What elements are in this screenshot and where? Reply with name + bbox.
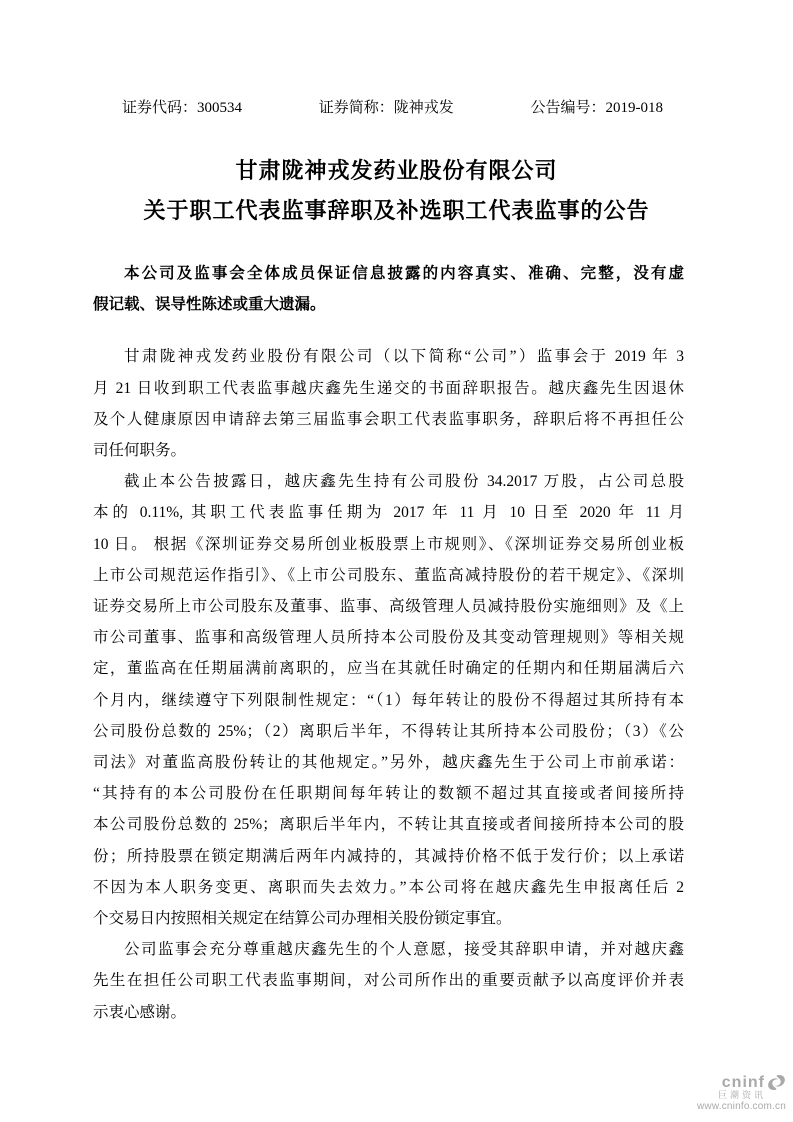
paragraph-line: 司任何职务。	[93, 435, 684, 466]
stock-code: 证券代码：300534	[122, 99, 242, 118]
document-body: 本公司及监事会全体成员保证信息披露的内容真实、准确、完整，没有虚 假记载、误导性…	[93, 258, 684, 1028]
paragraph-line: 证券交易所上市公司股东及董事、监事、高级管理人员减持股份实施细则》及《上	[93, 591, 684, 622]
paragraph-line: 本公司股份总数的 25%；离职后半年内，不转让其直接或者间接所持本公司的股	[93, 809, 684, 840]
cninfo-watermark: cninf 巨潮资讯 www.cninfo.com.cn	[658, 1074, 788, 1112]
paragraph-line: 月 21 日收到职工代表监事越庆鑫先生递交的书面辞职报告。越庆鑫先生因退休	[93, 373, 684, 404]
statement-line: 本公司及监事会全体成员保证信息披露的内容真实、准确、完整，没有虚	[93, 258, 684, 289]
paragraph-line: 定，董监高在任期届满前离职的，应当在其就任时确定的任期内和任期届满后六	[93, 653, 684, 684]
paragraph-line: 示衷心感谢。	[93, 997, 684, 1028]
paragraph-line: 个月内，继续遵守下列限制性规定：“（1）每年转让的股份不得超过其所持有本	[93, 685, 684, 716]
paragraph-line: 先生在担任公司职工代表监事期间，对公司所作出的重要贡献予以高度评价并表	[93, 965, 684, 996]
truthfulness-statement: 本公司及监事会全体成员保证信息披露的内容真实、准确、完整，没有虚 假记载、误导性…	[93, 258, 684, 320]
cninfo-brand-chinese: 巨潮资讯	[658, 1091, 788, 1101]
paragraph-line: 甘肃陇神戎发药业股份有限公司（以下简称“公司”）监事会于 2019 年 3	[93, 341, 684, 372]
paragraph-resignation: 甘肃陇神戎发药业股份有限公司（以下简称“公司”）监事会于 2019 年 3 月 …	[93, 341, 684, 466]
paragraph-line: 10 日。 根据《深圳证券交易所创业板股票上市规则》、《深圳证券交易所创业板	[93, 529, 684, 560]
paragraph-line: 不因为本人职务变更、离职而失去效力。”本公司将在越庆鑫先生申报离任后 2	[93, 872, 684, 903]
document-header: 证券代码：300534 证券简称：陇神戎发 公告编号：2019-018	[122, 99, 663, 118]
paragraph-line: “其持有的本公司股份在任职期间每年转让的数额不超过其直接或者间接所持	[93, 778, 684, 809]
paragraph-line: 及个人健康原因申请辞去第三届监事会职工代表监事职务，辞职后将不再担任公	[93, 404, 684, 435]
title-line-company: 甘肃陇神戎发药业股份有限公司	[0, 151, 793, 191]
paragraph-gratitude: 公司监事会充分尊重越庆鑫先生的个人意愿，接受其辞职申请，并对越庆鑫 先生在担任公…	[93, 934, 684, 1028]
paragraph-line: 司法》对董监高股份转让的其他规定。”另外，越庆鑫先生于公司上市前承诺：	[93, 747, 684, 778]
paragraph-line: 公司监事会充分尊重越庆鑫先生的个人意愿，接受其辞职申请，并对越庆鑫	[93, 934, 684, 965]
paragraph-line: 个交易日内按照相关规定在结算公司办理相关股份锁定事宜。	[93, 903, 684, 934]
announcement-page: 证券代码：300534 证券简称：陇神戎发 公告编号：2019-018 甘肃陇神…	[0, 0, 793, 1122]
cninfo-swirl-icon	[767, 1074, 786, 1091]
paragraph-line: 截止本公告披露日，越庆鑫先生持有公司股份 34.2017 万股，占公司总股	[93, 466, 684, 497]
cninfo-brand-text: cninf	[722, 1074, 765, 1092]
cninfo-brand-row: cninf	[658, 1074, 788, 1092]
announcement-number: 公告编号：2019-018	[531, 99, 664, 118]
title-line-subject: 关于职工代表监事辞职及补选职工代表监事的公告	[0, 191, 793, 231]
paragraph-line: 市公司董事、监事和高级管理人员所持本公司股份及其变动管理规则》等相关规	[93, 622, 684, 653]
stock-name: 证券简称：陇神戎发	[319, 99, 454, 118]
paragraph-line: 公司股份总数的 25%；（2）离职后半年，不得转让其所持本公司股份；（3）《公	[93, 716, 684, 747]
paragraph-line: 份；所持股票在锁定期满后两年内减持的，其减持价格不低于发行价；以上承诺	[93, 841, 684, 872]
paragraph-line: 上市公司规范运作指引》、《上市公司股东、董监高减持股份的若干规定》、《深圳	[93, 560, 684, 591]
cninfo-url: www.cninfo.com.cn	[658, 1101, 788, 1112]
paragraph-shareholding-rules: 截止本公告披露日，越庆鑫先生持有公司股份 34.2017 万股，占公司总股 本的…	[93, 466, 684, 934]
paragraph-line: 本的 0.11%, 其职工代表监事任期为 2017 年 11 月 10 日至 2…	[93, 497, 684, 528]
statement-line: 假记载、误导性陈述或重大遗漏。	[93, 289, 684, 320]
document-title: 甘肃陇神戎发药业股份有限公司 关于职工代表监事辞职及补选职工代表监事的公告	[0, 151, 793, 231]
